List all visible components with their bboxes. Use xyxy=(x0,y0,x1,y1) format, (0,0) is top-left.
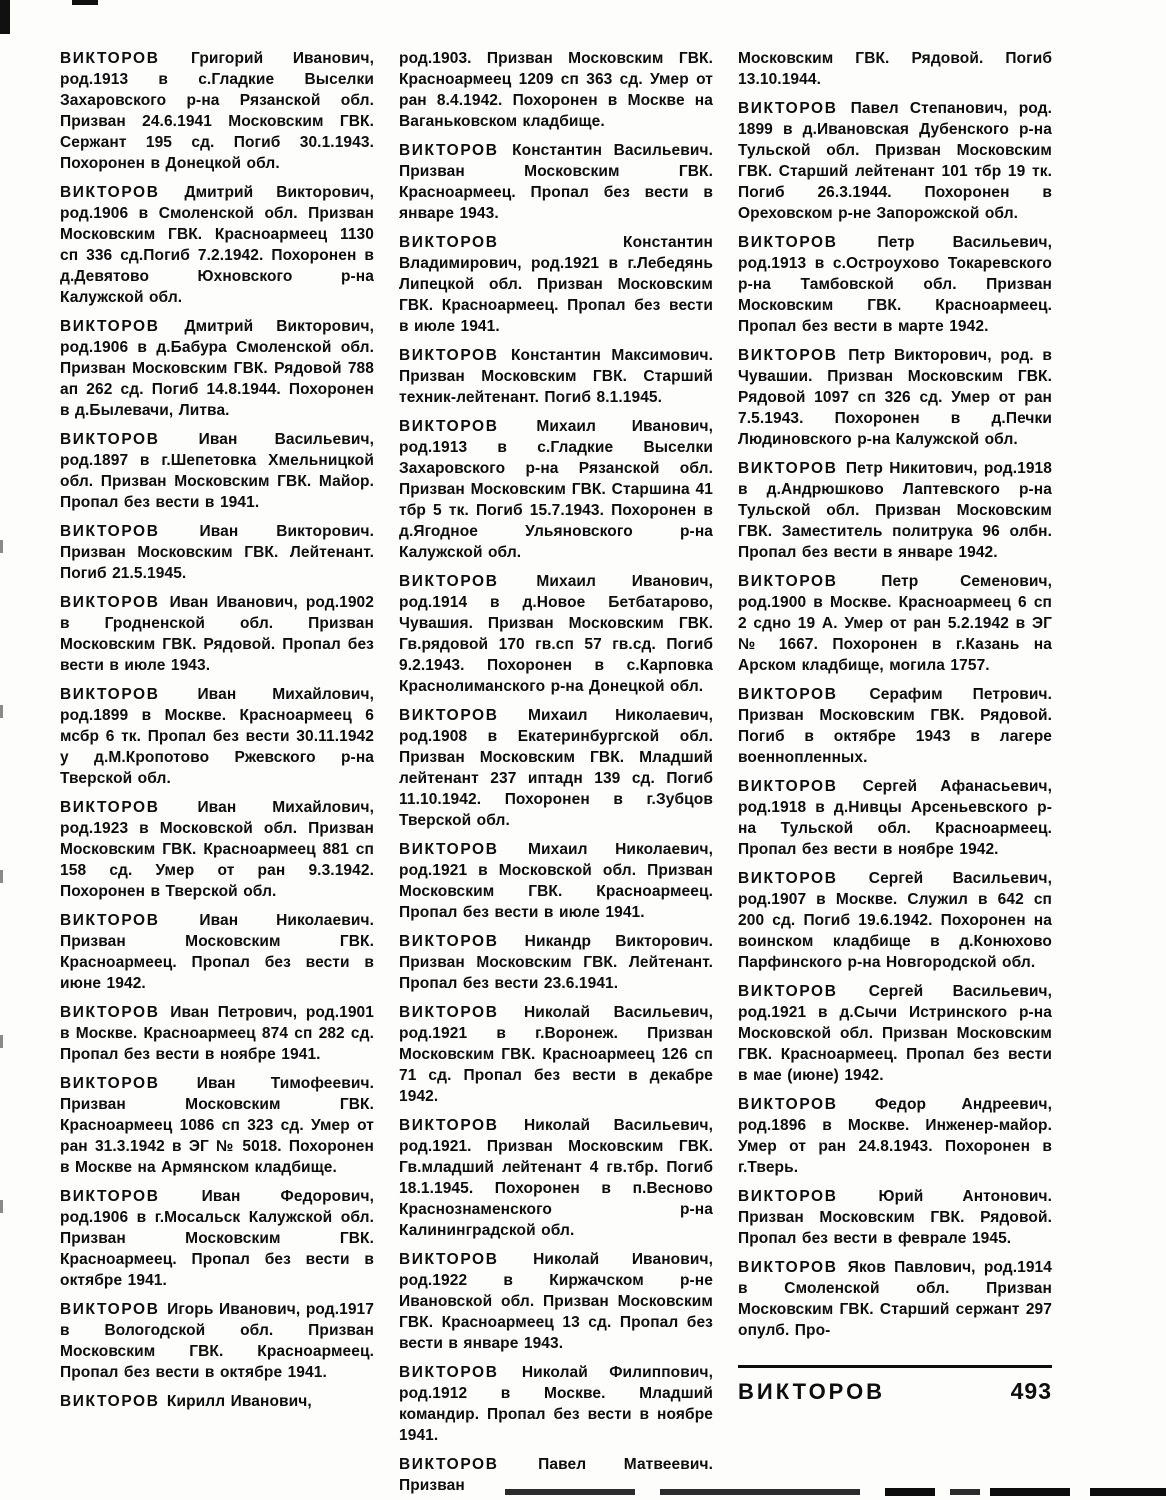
scan-artifact-top-dash xyxy=(72,0,98,5)
memorial-entry: ВИКТОРОВ Михаил Иванович, род.1913 в с.Г… xyxy=(399,416,713,563)
entry-surname: ВИКТОРОВ xyxy=(399,1364,501,1381)
memorial-entry: ВИКТОРОВ Николай Филиппович, род.1912 в … xyxy=(399,1362,713,1446)
entry-surname: ВИКТОРОВ xyxy=(60,184,162,201)
memorial-entry: ВИКТОРОВ Сергей Васильевич, род.1907 в М… xyxy=(738,868,1052,973)
entry-surname: ВИКТОРОВ xyxy=(738,983,840,1000)
memorial-entry: ВИКТОРОВ Константин Максимович. Призван … xyxy=(399,345,713,408)
page-footer: ВИКТОРОВ 493 xyxy=(738,1365,1052,1405)
column-3-paragraphs: Московским ГВК. Рядовой. Погиб 13.10.194… xyxy=(738,48,1052,1349)
memorial-entry: ВИКТОРОВ Кирилл Иванович, xyxy=(60,1391,374,1412)
memorial-entry: ВИКТОРОВ Михаил Николаевич, род.1921 в М… xyxy=(399,839,713,923)
memorial-entry-continuation: Московским ГВК. Рядовой. Погиб 13.10.194… xyxy=(738,48,1052,90)
scan-artifact-bottom-strip xyxy=(990,1488,1070,1496)
entry-surname: ВИКТОРОВ xyxy=(738,1096,840,1113)
memorial-entry: ВИКТОРОВ Константин Васильевич. Призван … xyxy=(399,140,713,224)
memorial-entry: ВИКТОРОВ Федор Андреевич, род.1896 в Мос… xyxy=(738,1094,1052,1178)
entry-surname: ВИКТОРОВ xyxy=(60,912,162,929)
memorial-entry: ВИКТОРОВ Дмитрий Викторович, род.1906 в … xyxy=(60,316,374,421)
memorial-entry: ВИКТОРОВ Петр Викторович, род. в Чувашии… xyxy=(738,345,1052,450)
entry-surname: ВИКТОРОВ xyxy=(60,318,162,335)
entry-surname: ВИКТОРОВ xyxy=(738,100,840,117)
memorial-entry: ВИКТОРОВ Григорий Иванович, род.1913 в с… xyxy=(60,48,374,174)
memorial-entry: ВИКТОРОВ Константин Владимирович, род.19… xyxy=(399,232,713,337)
memorial-entry: ВИКТОРОВ Петр Васильевич, род.1913 в с.О… xyxy=(738,232,1052,337)
entry-surname: ВИКТОРОВ xyxy=(60,1188,162,1205)
memorial-entry: ВИКТОРОВ Иван Петрович, род.1901 в Москв… xyxy=(60,1002,374,1065)
memorial-entry: ВИКТОРОВ Никандр Викторович. Призван Мос… xyxy=(399,931,713,994)
scan-artifact-bottom-strip xyxy=(950,1489,980,1495)
memorial-entry: ВИКТОРОВ Николай Васильевич, род.1921 в … xyxy=(399,1002,713,1107)
entry-surname: ВИКТОРОВ xyxy=(399,573,501,590)
entry-surname: ВИКТОРОВ xyxy=(399,707,501,724)
footer-row: ВИКТОРОВ 493 xyxy=(738,1378,1052,1405)
entry-surname: ВИКТОРОВ xyxy=(399,1117,501,1134)
memorial-entry: ВИКТОРОВ Павел Степанович, род. 1899 в д… xyxy=(738,98,1052,224)
entry-surname: ВИКТОРОВ xyxy=(738,347,840,364)
memorial-entry: ВИКТОРОВ Иван Федорович, род.1906 в г.Мо… xyxy=(60,1186,374,1291)
entry-surname: ВИКТОРОВ xyxy=(738,460,840,477)
entry-surname: ВИКТОРОВ xyxy=(738,686,840,703)
entry-surname: ВИКТОРОВ xyxy=(738,1259,840,1276)
running-title: ВИКТОРОВ xyxy=(738,1379,885,1405)
entry-surname: ВИКТОРОВ xyxy=(738,870,840,887)
column-2-paragraphs: род.1903. Призван Московским ГВК. Красно… xyxy=(399,48,713,1500)
entry-surname: ВИКТОРОВ xyxy=(60,50,162,67)
memorial-entry: ВИКТОРОВ Николай Васильевич, род.1921. П… xyxy=(399,1115,713,1241)
entry-surname: ВИКТОРОВ xyxy=(399,841,501,858)
memorial-entry: ВИКТОРОВ Иван Михайлович, род.1899 в Мос… xyxy=(60,684,374,789)
memorial-book-page: ВИКТОРОВ Григорий Иванович, род.1913 в с… xyxy=(0,0,1166,1500)
scan-artifact-left-tick xyxy=(0,870,3,883)
column-3: Московским ГВК. Рядовой. Погиб 13.10.194… xyxy=(738,48,1052,1500)
entry-surname: ВИКТОРОВ xyxy=(60,1075,162,1092)
entry-surname: ВИКТОРОВ xyxy=(399,418,501,435)
memorial-entry: ВИКТОРОВ Михаил Иванович, род.1914 в д.Н… xyxy=(399,571,713,697)
scan-artifact-left-tick xyxy=(0,705,3,718)
scan-artifact-bottom-strip xyxy=(885,1488,935,1496)
scan-artifact-left-tick xyxy=(0,1035,3,1048)
scan-artifact-bottom-strip xyxy=(1090,1488,1166,1496)
memorial-entry: ВИКТОРОВ Иван Михайлович, род.1923 в Мос… xyxy=(60,797,374,902)
entry-surname: ВИКТОРОВ xyxy=(60,799,162,816)
memorial-entry: ВИКТОРОВ Николай Иванович, род.1922 в Ки… xyxy=(399,1249,713,1354)
text-columns: ВИКТОРОВ Григорий Иванович, род.1913 в с… xyxy=(60,48,1052,1500)
entry-surname: ВИКТОРОВ xyxy=(399,234,501,251)
memorial-entry-continuation: род.1903. Призван Московским ГВК. Красно… xyxy=(399,48,713,132)
memorial-entry: ВИКТОРОВ Иван Тимофеевич. Призван Москов… xyxy=(60,1073,374,1178)
entry-surname: ВИКТОРОВ xyxy=(60,1393,162,1410)
column-2: род.1903. Призван Московским ГВК. Красно… xyxy=(399,48,713,1500)
footer-rule xyxy=(738,1365,1052,1368)
memorial-entry: ВИКТОРОВ Юрий Антонович. Призван Московс… xyxy=(738,1186,1052,1249)
memorial-entry: ВИКТОРОВ Петр Никитович, род.1918 в д.Ан… xyxy=(738,458,1052,563)
memorial-entry: ВИКТОРОВ Сергей Васильевич, род.1921 в д… xyxy=(738,981,1052,1086)
scan-artifact-bottom-strip xyxy=(660,1489,860,1495)
memorial-entry: ВИКТОРОВ Петр Семенович, род.1900 в Моск… xyxy=(738,571,1052,676)
memorial-entry: ВИКТОРОВ Игорь Иванович, род.1917 в Воло… xyxy=(60,1299,374,1383)
entry-surname: ВИКТОРОВ xyxy=(60,686,162,703)
memorial-entry: ВИКТОРОВ Иван Иванович, род.1902 в Гродн… xyxy=(60,592,374,676)
entry-surname: ВИКТОРОВ xyxy=(738,778,840,795)
entry-surname: ВИКТОРОВ xyxy=(738,234,840,251)
memorial-entry: ВИКТОРОВ Дмитрий Викторович, род.1906 в … xyxy=(60,182,374,308)
entry-surname: ВИКТОРОВ xyxy=(738,1188,840,1205)
memorial-entry: ВИКТОРОВ Сергей Афанасьевич, род.1918 в … xyxy=(738,776,1052,860)
column-1-paragraphs: ВИКТОРОВ Григорий Иванович, род.1913 в с… xyxy=(60,48,374,1420)
entry-surname: ВИКТОРОВ xyxy=(399,347,501,364)
entry-surname: ВИКТОРОВ xyxy=(60,523,162,540)
entry-surname: ВИКТОРОВ xyxy=(738,573,840,590)
entry-surname: ВИКТОРОВ xyxy=(60,1301,162,1318)
entry-surname: ВИКТОРОВ xyxy=(399,142,501,159)
scan-artifact-left-tick xyxy=(0,1200,3,1213)
entry-surname: ВИКТОРОВ xyxy=(399,1456,501,1473)
scan-artifact-top-left xyxy=(0,0,10,34)
column-1: ВИКТОРОВ Григорий Иванович, род.1913 в с… xyxy=(60,48,374,1500)
entry-surname: ВИКТОРОВ xyxy=(60,431,162,448)
memorial-entry: ВИКТОРОВ Михаил Николаевич, род.1908 в Е… xyxy=(399,705,713,831)
memorial-entry: ВИКТОРОВ Серафим Петрович. Призван Моско… xyxy=(738,684,1052,768)
entry-surname: ВИКТОРОВ xyxy=(399,933,501,950)
memorial-entry: ВИКТОРОВ Иван Викторович. Призван Москов… xyxy=(60,521,374,584)
scan-artifact-left-tick xyxy=(0,540,3,553)
memorial-entry: ВИКТОРОВ Иван Васильевич, род.1897 в г.Ш… xyxy=(60,429,374,513)
entry-surname: ВИКТОРОВ xyxy=(399,1251,501,1268)
page-number: 493 xyxy=(1011,1378,1052,1405)
memorial-entry: ВИКТОРОВ Яков Павлович, род.1914 в Смоле… xyxy=(738,1257,1052,1341)
entry-surname: ВИКТОРОВ xyxy=(399,1004,501,1021)
memorial-entry: ВИКТОРОВ Иван Николаевич. Призван Москов… xyxy=(60,910,374,994)
entry-surname: ВИКТОРОВ xyxy=(60,594,162,611)
entry-surname: ВИКТОРОВ xyxy=(60,1004,162,1021)
scan-artifact-bottom-strip xyxy=(505,1489,635,1495)
